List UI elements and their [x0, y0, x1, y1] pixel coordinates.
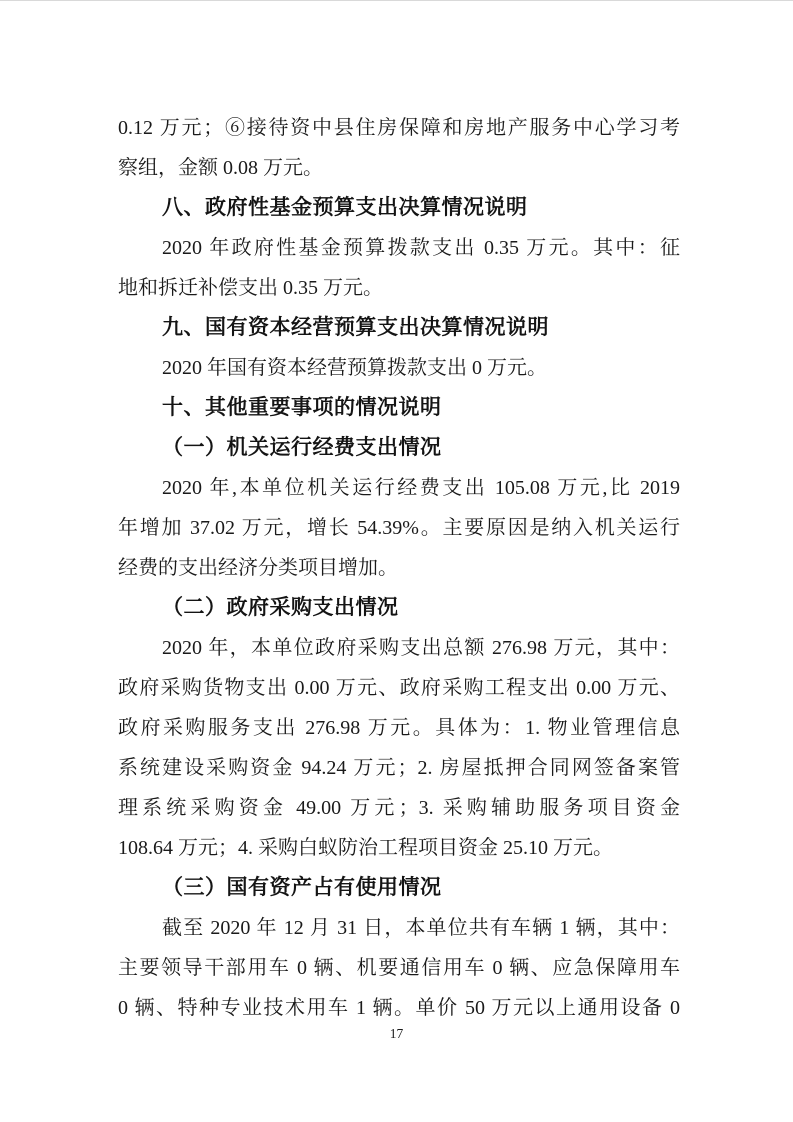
text-line: 2020 年政府性基金预算拨款支出 0.35 万元。其中：征	[118, 228, 680, 268]
text-line: 2020 年，本单位政府采购支出总额 276.98 万元，其中：	[118, 628, 680, 668]
text-line: 2020 年国有资本经营预算拨款支出 0 万元。	[118, 348, 680, 388]
section-heading: （一）机关运行经费支出情况	[118, 428, 680, 468]
section-heading: 八、政府性基金预算支出决算情况说明	[118, 188, 680, 228]
text-line: 2020 年,本单位机关运行经费支出 105.08 万元,比 2019	[118, 468, 680, 508]
section-heading: 九、国有资本经营预算支出决算情况说明	[118, 308, 680, 348]
text-line: 政府采购货物支出 0.00 万元、政府采购工程支出 0.00 万元、	[118, 668, 680, 708]
section-heading: （三）国有资产占有使用情况	[118, 868, 680, 908]
text-line: 截至 2020 年 12 月 31 日，本单位共有车辆 1 辆，其中：	[118, 908, 680, 948]
text-line: 经费的支出经济分类项目增加。	[118, 548, 680, 588]
text-line: 0 辆、特种专业技术用车 1 辆。单价 50 万元以上通用设备 0	[118, 988, 680, 1028]
text-line: 年增加 37.02 万元，增长 54.39%。主要原因是纳入机关运行	[118, 508, 680, 548]
text-line: 系统建设采购资金 94.24 万元；2. 房屋抵押合同网签备案管	[118, 748, 680, 788]
document-page: 0.12 万元；⑥接待资中县住房保障和房地产服务中心学习考察组，金额 0.08 …	[0, 0, 793, 1122]
text-line: 地和拆迁补偿支出 0.35 万元。	[118, 268, 680, 308]
section-heading: 十、其他重要事项的情况说明	[118, 388, 680, 428]
text-line: 0.12 万元；⑥接待资中县住房保障和房地产服务中心学习考	[118, 108, 680, 148]
text-line: 108.64 万元；4. 采购白蚁防治工程项目资金 25.10 万元。	[118, 828, 680, 868]
text-line: 理系统采购资金 49.00 万元；3. 采购辅助服务项目资金	[118, 788, 680, 828]
text-line: 察组，金额 0.08 万元。	[118, 148, 680, 188]
document-lines: 0.12 万元；⑥接待资中县住房保障和房地产服务中心学习考察组，金额 0.08 …	[118, 108, 680, 1028]
text-line: 主要领导干部用车 0 辆、机要通信用车 0 辆、应急保障用车	[118, 948, 680, 988]
section-heading: （二）政府采购支出情况	[118, 588, 680, 628]
text-line: 政府采购服务支出 276.98 万元。具体为：1. 物业管理信息	[118, 708, 680, 748]
page-number: 17	[0, 1024, 793, 1044]
